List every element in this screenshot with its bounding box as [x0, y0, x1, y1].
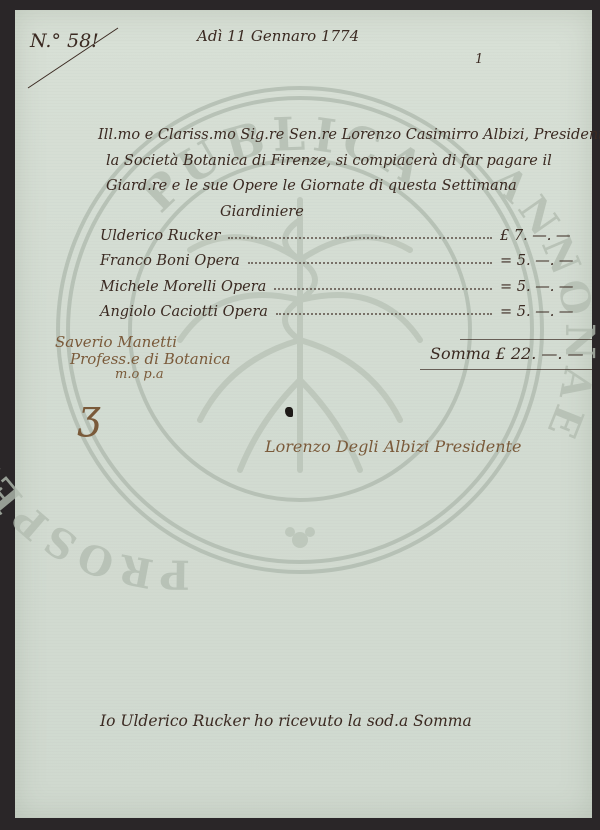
payee-name: Ulderico Rucker: [100, 228, 220, 244]
leader-dots: [276, 313, 492, 315]
payee-name: Michele Morelli Opera: [100, 279, 266, 295]
leader-dots: [248, 262, 492, 264]
payment-amount: = 5. —. —: [500, 253, 578, 269]
payment-amount: £ 7. —. —: [500, 228, 578, 244]
body-line-2: la Società Botanica di Firenze, si compi…: [106, 153, 552, 169]
payee-name: Angiolo Caciotti Opera: [100, 304, 268, 320]
approval-title: Profess.e di Botanica: [70, 350, 231, 368]
ink-blot-icon: [285, 407, 293, 417]
leader-dots: [228, 237, 492, 239]
approval-abbrev: m.o p.a: [115, 367, 164, 382]
payment-row: Angiolo Caciotti Opera = 5. —. —: [100, 298, 578, 320]
flourish-mark-icon: ʒ: [78, 392, 101, 438]
leader-dots: [274, 288, 492, 290]
receipt-statement: Io Ulderico Rucker ho ricevuto la sod.a …: [100, 712, 472, 730]
total-sum: Somma £ 22. —. —: [430, 344, 584, 363]
payment-row: Michele Morelli Opera = 5. —. —: [100, 273, 578, 295]
body-line-3: Giard.re e le sue Opere le Giornate di q…: [106, 178, 517, 194]
payment-amount: = 5. —. —: [500, 304, 578, 320]
payee-name: Franco Boni Opera: [100, 253, 240, 269]
president-signature: Lorenzo Degli Albizi Presidente: [265, 437, 521, 456]
approval-name: Saverio Manetti: [55, 334, 177, 351]
body-line-1: Ill.mo e Clariss.mo Sig.re Sen.re Lorenz…: [98, 127, 600, 143]
total-rule-bottom: [420, 369, 592, 370]
total-label: Somma: [430, 344, 490, 363]
total-amount: £ 22. —. —: [496, 344, 584, 363]
margin-stroke-icon: [20, 20, 120, 90]
page-mark: 1: [475, 52, 483, 67]
total-rule-top: [460, 339, 592, 340]
payment-row: Franco Boni Opera = 5. —. —: [100, 247, 578, 269]
document-date: Adì 11 Gennaro 1774: [197, 27, 359, 45]
payment-row: Ulderico Rucker £ 7. —. —: [100, 222, 578, 244]
section-heading: Giardiniere: [220, 204, 304, 220]
payment-amount: = 5. —. —: [500, 279, 578, 295]
